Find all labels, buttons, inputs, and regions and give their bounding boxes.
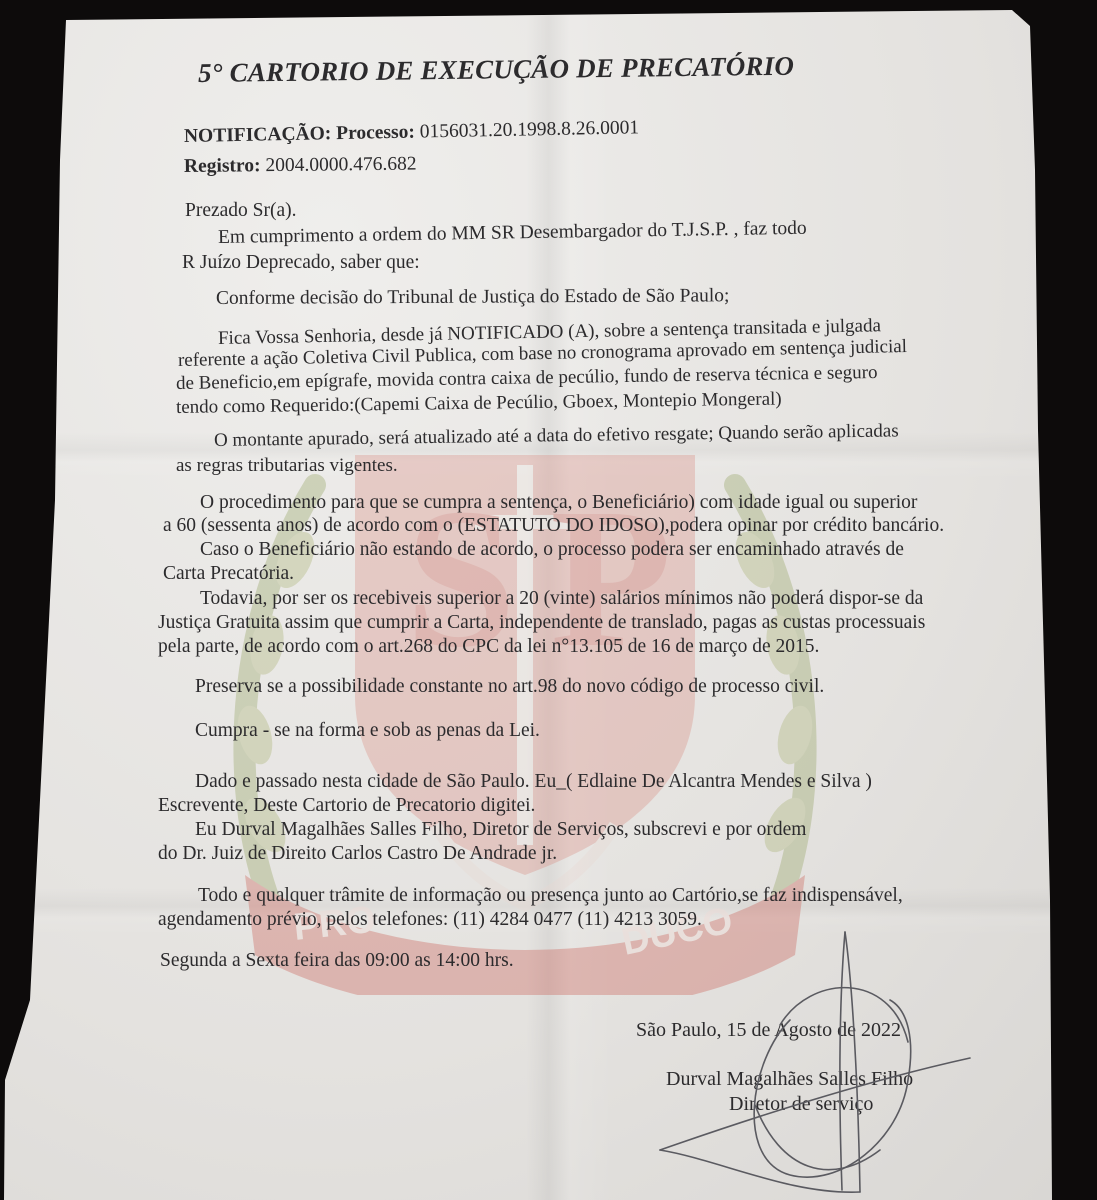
registry-label: Registro: [184, 155, 261, 177]
body-line: Eu Durval Magalhães Salles Filho, Direto… [195, 819, 806, 841]
body-line: Escrevente, Deste Cartorio de Precatorio… [158, 795, 535, 817]
place-date: São Paulo, 15 de Agosto de 2022 [636, 1019, 901, 1041]
signer-name: Durval Magalhães Salles Filho [666, 1068, 913, 1090]
body-line: Justiça Gratuita assim que cumprir a Car… [158, 612, 925, 634]
body-line: Caso o Beneficiário não estando de acord… [200, 539, 904, 561]
document-title: 5° CARTORIO DE EXECUÇÃO DE PRECATÓRIO [198, 51, 794, 89]
body-line: Em cumprimento a ordem do MM SR Desembar… [218, 218, 807, 249]
registry-line: Registro: 2004.0000.476.682 [184, 154, 417, 178]
body-line: Todavia, por ser os recebiveis superior … [200, 588, 923, 610]
notification-label: NOTIFICAÇÃO: [184, 123, 332, 147]
signer-title: Diretor de serviço [729, 1093, 873, 1115]
body-line: agendamento prévio, pelos telefones: (11… [158, 909, 702, 931]
body-line: Conforme decisão do Tribunal de Justiça … [216, 285, 730, 310]
body-line: a 60 (sessenta anos) de acordo com o (ES… [163, 515, 944, 537]
body-line: Dado e passado nesta cidade de São Paulo… [195, 771, 872, 793]
body-line: Preserva se a possibilidade constante no… [195, 676, 824, 698]
body-line: R Juízo Deprecado, saber que: [182, 252, 420, 274]
body-line: as regras tributarias vigentes. [176, 455, 398, 477]
body-line: pela parte, de acordo com o art.268 do C… [158, 636, 819, 658]
registry-number: 2004.0000.476.682 [265, 154, 416, 177]
body-line: Todo e qualquer trâmite de informação ou… [198, 885, 903, 907]
office-hours: Segunda a Sexta feira das 09:00 as 14:00… [160, 950, 514, 972]
process-label: Processo: [336, 122, 415, 145]
body-line: Carta Precatória. [163, 563, 294, 585]
notification-document: 5° CARTORIO DE EXECUÇÃO DE PRECATÓRIO NO… [0, 0, 1097, 1200]
paper-sheet: S P PRO DUCO 5° CARTORIO DE EXECUÇÃO DE … [0, 0, 1097, 1200]
notification-header: NOTIFICAÇÃO: Processo: 0156031.20.1998.8… [184, 117, 640, 148]
body-line: O procedimento para que se cumpra a sent… [200, 492, 917, 514]
greeting: Prezado Sr(a). [185, 200, 297, 222]
photo-scene: S P PRO DUCO 5° CARTORIO DE EXECUÇÃO DE … [0, 0, 1097, 1200]
body-line: Cumpra - se na forma e sob as penas da L… [195, 720, 540, 742]
body-line: O montante apurado, será atualizado até … [214, 420, 899, 452]
body-line: do Dr. Juiz de Direito Carlos Castro De … [158, 843, 557, 865]
process-number: 0156031.20.1998.8.26.0001 [420, 117, 640, 142]
